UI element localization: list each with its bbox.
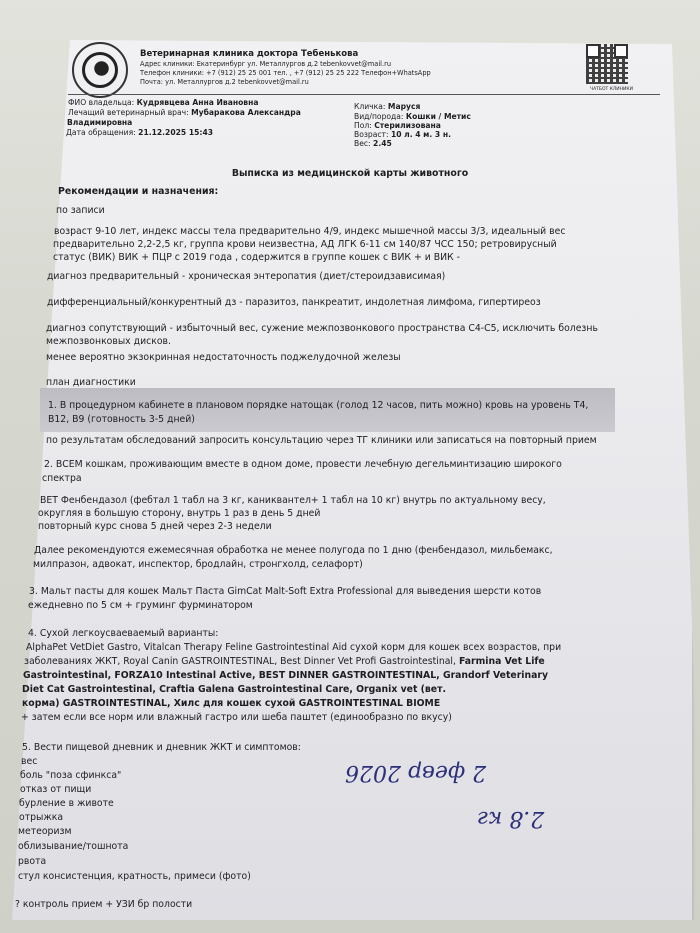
text-line: диагноз предварительный - хроническая эн… xyxy=(47,270,445,285)
clinic-phone: Телефон клиники: +7 (912) 25 25 001 тел.… xyxy=(140,69,431,77)
text-line: ? контроль прием + УЗИ бр полости xyxy=(15,898,192,913)
text-line: вес xyxy=(21,755,37,770)
text-line: по записи xyxy=(56,204,105,219)
clinic-mail: Почта: ул. Металлургов д.2 tebenkovvet@m… xyxy=(140,78,309,86)
text-line: заболеваниях ЖКТ, Royal Canin GASTROINTE… xyxy=(24,655,545,670)
owner-row: ФИО владельца: Кудрявцева Анна Ивановна xyxy=(68,98,258,107)
text-line: Далее рекомендуются ежемесячная обработк… xyxy=(34,544,553,559)
text-line: 4. Сухой легкоусваеваемый варианты: xyxy=(28,627,218,642)
qr-code-icon xyxy=(586,44,628,84)
text-line: B12, B9 (готовность 3-5 дней) xyxy=(48,413,195,428)
text-line: повторный курс снова 5 дней через 2-3 не… xyxy=(38,520,272,535)
text-line: Gastrointestinal, FORZA10 Intestinal Act… xyxy=(23,669,548,684)
clinic-address: Адрес клиники: Екатеринбург ул. Металлур… xyxy=(140,60,391,68)
pet-sex-row: Пол: Стерилизована xyxy=(354,121,441,130)
pet-name-row: Кличка: Маруся xyxy=(354,102,420,111)
clinic-logo-icon xyxy=(72,42,128,98)
text-line: отказ от пищи xyxy=(20,783,91,798)
text-line: дифференциальный/конкурентный дз - параз… xyxy=(47,296,541,311)
text-line: рвота xyxy=(18,855,46,870)
text-line: метеоризм xyxy=(18,825,71,840)
text-line: план диагностики xyxy=(46,376,136,391)
text-line: Diet Cat Gastrointestinal, Craftia Galen… xyxy=(22,683,446,698)
text-line: стул консистенция, кратность, примеси (ф… xyxy=(18,870,251,885)
text-line: менее вероятно экзокринная недостаточнос… xyxy=(46,351,401,366)
pet-weight-row: Вес: 2.45 xyxy=(354,139,392,148)
text-line: 2. ВСЕМ кошкам, проживающим вместе в одн… xyxy=(44,458,562,473)
doctor-row-cont: Владимировна xyxy=(67,118,132,127)
pet-breed-row: Вид/порода: Кошки / Метис xyxy=(354,112,471,121)
text-line: корма) GASTROINTESTINAL, Хилс для кошек … xyxy=(22,697,440,712)
text-line: спектра xyxy=(42,472,82,487)
handwritten-weight: 2.8 кг xyxy=(478,806,544,831)
document-title: Выписка из медицинской карты животного xyxy=(0,168,700,179)
text-line: ежедневно по 5 см + груминг фурминатором xyxy=(28,599,253,614)
text-line: облизывание/тошнота xyxy=(18,840,128,855)
pet-age-row: Возраст: 10 л. 4 м. 3 н. xyxy=(354,130,451,139)
text-line: статус (ВИК) ВИК + ПЦР с 2019 года , сод… xyxy=(53,251,460,266)
text-line: 3. Мальт пасты для кошек Мальт Паста Gim… xyxy=(29,585,541,600)
text-line: бурление в животе xyxy=(19,797,114,812)
text-line: межпозвонковых дисков. xyxy=(46,335,171,350)
header-divider xyxy=(68,94,660,95)
handwritten-date: 2 февр 2026 xyxy=(345,760,486,785)
text-line: 1. В процедурном кабинете в плановом пор… xyxy=(48,399,588,414)
text-line: 5. Вести пищевой дневник и дневник ЖКТ и… xyxy=(22,741,301,756)
text-line: по результатам обследований запросить ко… xyxy=(46,434,597,449)
date-row: Дата обращения: 21.12.2025 15:43 xyxy=(66,128,213,137)
text-line: + затем если все норм или влажный гастро… xyxy=(21,711,452,726)
section-title: Рекомендации и назначения: xyxy=(58,186,218,197)
doctor-row: Лечащий ветеринарный врач: Мубаракова Ал… xyxy=(68,108,301,117)
qr-label: ЧАТБОТ КЛИНИКИ xyxy=(590,87,633,92)
clinic-name: Ветеринарная клиника доктора Тебенькова xyxy=(140,49,358,59)
text-line: боль "поза сфинкса" xyxy=(20,769,121,784)
text-line: отрыжка xyxy=(19,811,63,826)
text-line: милпразон, адвокат, инспектор, бродлайн,… xyxy=(33,558,363,573)
text-line: AlphaPet VetDiet Gastro, Vitalcan Therap… xyxy=(26,641,561,656)
